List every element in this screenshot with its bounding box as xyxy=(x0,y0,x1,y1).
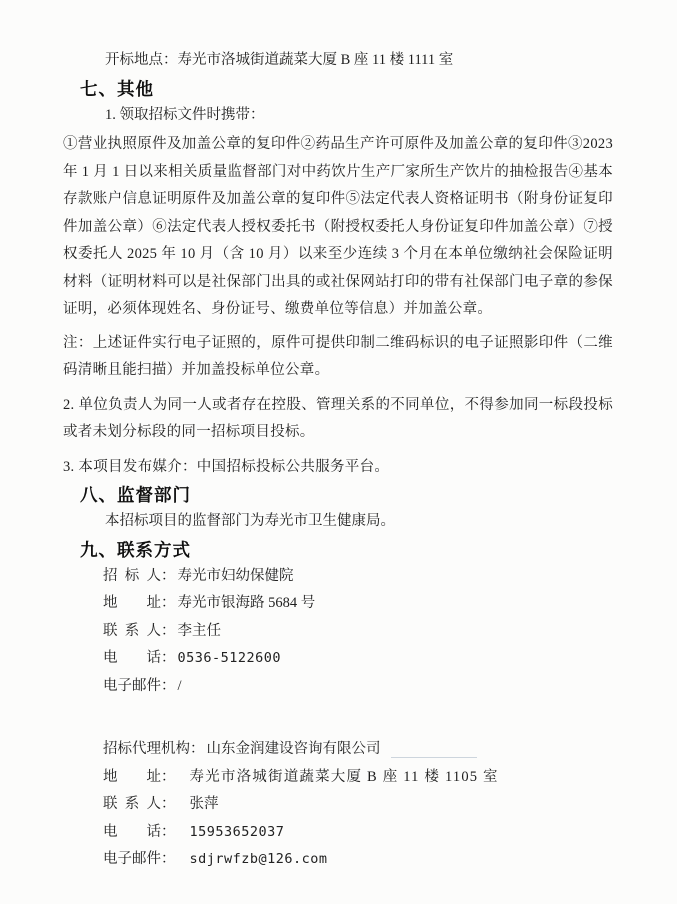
agency-name-label: 招标代理机构： xyxy=(103,736,205,764)
section-heading-other: 七、其他 xyxy=(80,77,613,102)
tenderer-name-value: 寿光市妇幼保健院 xyxy=(178,563,294,591)
tenderer-address-value: 寿光市银海路 5684 号 xyxy=(178,590,316,618)
tenderer-email-label: 电子邮件： xyxy=(103,673,176,701)
agency-address-value: 寿光市洛城街道蔬菜大厦 B 座 11 楼 1105 室 xyxy=(190,764,499,792)
signature-underline xyxy=(391,756,477,758)
tenderer-contact-person-label: 联 系 人： xyxy=(103,618,176,646)
tenderer-phone-value: 0536-5122600 xyxy=(178,645,282,673)
agency-email-value: sdjrwfzb@126.com xyxy=(190,846,328,874)
tenderer-phone-label: 电 话： xyxy=(103,645,176,673)
agency-phone-label: 电 话： xyxy=(103,819,176,847)
other-item3: 3. 本项目发布媒介：中国招标投标公共服务平台。 xyxy=(63,454,613,482)
tenderer-address-label: 地 址： xyxy=(103,590,176,618)
other-item1-body: ①营业执照原件及加盖公章的复印件②药品生产许可原件及加盖公章的复印件③2023 … xyxy=(63,131,613,324)
agency-address-label: 地 址： xyxy=(103,764,176,792)
tenderer-contact-block: 招 标 人： 寿光市妇幼保健院 地 址： 寿光市银海路 5684 号 联 系 人… xyxy=(63,563,613,701)
tenderer-email-row: 电子邮件： / xyxy=(103,673,613,701)
opening-location-line: 开标地点：寿光市洛城街道蔬菜大厦 B 座 11 楼 1111 室 xyxy=(105,47,613,75)
supervision-body: 本招标项目的监督部门为寿光市卫生健康局。 xyxy=(105,508,613,536)
other-item1-intro: 1. 领取招标文件时携带： xyxy=(105,102,613,130)
section-heading-supervision: 八、监督部门 xyxy=(80,483,613,508)
tenderer-contact-person-value: 李主任 xyxy=(178,618,222,646)
tenderer-phone-row: 电 话： 0536-5122600 xyxy=(103,645,613,673)
agency-email-label: 电子邮件： xyxy=(103,846,176,874)
scanned-tender-document-page: 开标地点：寿光市洛城街道蔬菜大厦 B 座 11 楼 1111 室 七、其他 1.… xyxy=(0,0,677,904)
tenderer-name-row: 招 标 人： 寿光市妇幼保健院 xyxy=(103,563,613,591)
tenderer-contact-person-row: 联 系 人： 李主任 xyxy=(103,618,613,646)
section-heading-contact: 九、联系方式 xyxy=(80,538,613,563)
agency-name-value: 山东金润建设咨询有限公司 xyxy=(207,736,381,764)
agency-contact-person-row: 联 系 人： 张萍 xyxy=(103,791,613,819)
agency-email-row: 电子邮件： sdjrwfzb@126.com xyxy=(103,846,613,874)
tenderer-name-label: 招 标 人： xyxy=(103,563,176,591)
agency-contact-block: 招标代理机构： 山东金润建设咨询有限公司 地 址： 寿光市洛城街道蔬菜大厦 B … xyxy=(63,736,613,874)
other-item1-note: 注：上述证件实行电子证照的，原件可提供印制二维码标识的电子证照影印件（二维码清晰… xyxy=(63,330,613,385)
agency-contact-person-value: 张萍 xyxy=(190,791,219,819)
agency-contact-person-label: 联 系 人： xyxy=(103,791,176,819)
agency-phone-value: 15953652037 xyxy=(190,819,285,847)
agency-address-row: 地 址： 寿光市洛城街道蔬菜大厦 B 座 11 楼 1105 室 xyxy=(103,764,613,792)
tenderer-email-value: / xyxy=(178,673,182,701)
other-item2: 2. 单位负责人为同一人或者存在控股、管理关系的不同单位，不得参加同一标段投标或… xyxy=(63,392,613,447)
tenderer-address-row: 地 址： 寿光市银海路 5684 号 xyxy=(103,590,613,618)
agency-name-row: 招标代理机构： 山东金润建设咨询有限公司 xyxy=(103,736,613,764)
agency-phone-row: 电 话： 15953652037 xyxy=(103,819,613,847)
